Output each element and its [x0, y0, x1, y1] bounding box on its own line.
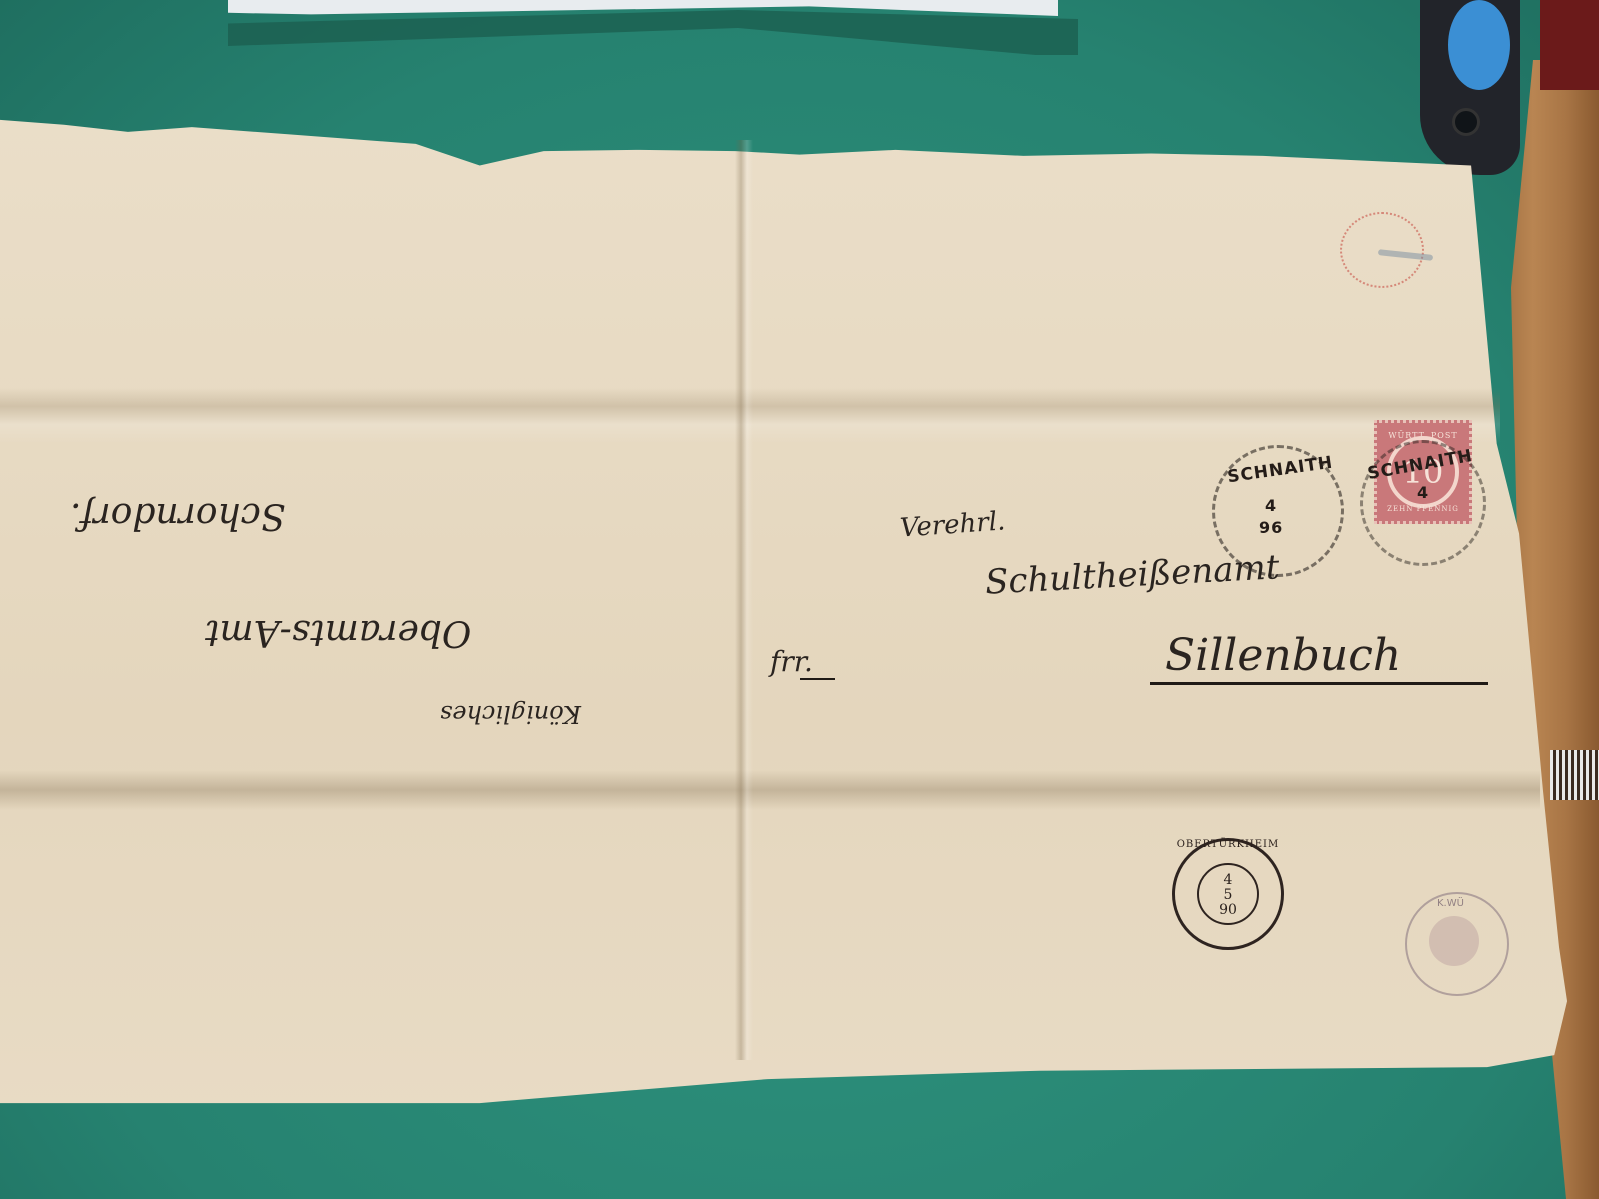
letter-sheet	[0, 0, 1599, 1199]
receiving-postmark: OBERTÜRKHEIM 4 5 90	[1172, 838, 1284, 950]
fold-line-lower	[0, 770, 1540, 810]
franking-underline	[800, 678, 835, 680]
photo-scene: Schorndorf. Oberamts-Amt Königliches frr…	[0, 0, 1599, 1199]
receiving-postmark-town: OBERTÜRKHEIM	[1175, 839, 1281, 850]
date-year: 90	[1175, 903, 1281, 918]
tool-hole	[1452, 108, 1480, 136]
postmark-day: 4	[1265, 496, 1277, 515]
cancellation-postmark-1: SCHNAITH 4 96	[1212, 445, 1344, 577]
tool-blue-grip	[1448, 0, 1510, 90]
address-underline	[1150, 682, 1488, 685]
franking-note: frr.	[770, 645, 813, 678]
faint-stamp-center	[1429, 916, 1479, 966]
red-object	[1540, 0, 1599, 90]
inverted-text-line-3: Königliches	[440, 700, 581, 728]
postmark-day: 4	[1417, 483, 1429, 502]
date-month: 5	[1175, 888, 1281, 903]
postmark-town: SCHNAITH	[1226, 453, 1334, 488]
fold-line-vertical	[735, 140, 753, 1060]
faint-violet-stamp: K.WÜ	[1405, 892, 1509, 996]
receiving-postmark-date: 4 5 90	[1175, 873, 1281, 918]
address-line-3: Sillenbuch	[1165, 630, 1401, 681]
ruler-edge	[1550, 750, 1599, 800]
faint-stamp-text: K.WÜ	[1437, 898, 1464, 909]
postmark-year: 96	[1259, 518, 1283, 537]
inverted-text-line-2: Oberamts-Amt	[205, 612, 471, 653]
cancellation-postmark-2: SCHNAITH 4	[1360, 440, 1486, 566]
date-day: 4	[1175, 873, 1281, 888]
inverted-text-line-1: Schorndorf.	[70, 495, 286, 536]
